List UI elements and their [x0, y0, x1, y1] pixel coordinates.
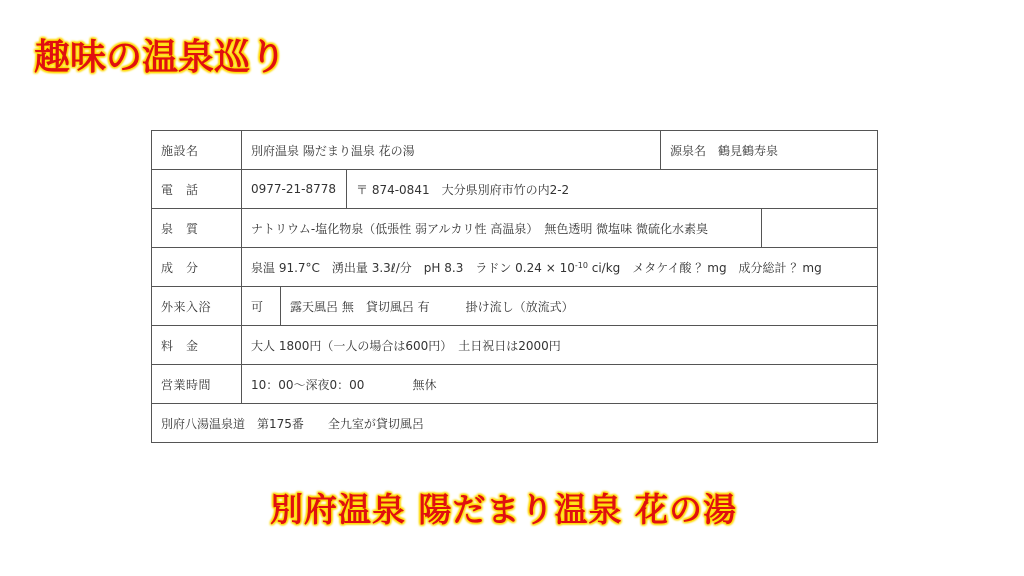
- page-title: 趣味の温泉巡り: [34, 34, 286, 80]
- spring-quality-value: ナトリウム-塩化物泉（低張性 弱アルカリ性 高温泉） 無色透明 微塩味 微硫化水…: [241, 209, 761, 247]
- table-row-components: 成 分 泉温 91.7°C 湧出量 3.3ℓ/分 pH 8.3 ラドン 0.24…: [152, 248, 877, 287]
- facility-name-value: 別府温泉 陽だまり温泉 花の湯: [241, 131, 660, 169]
- components-text-tail: ci/kg メタケイ酸 ？mg 成分総計 ？mg: [588, 259, 822, 276]
- spring-quality-label: 泉 質: [152, 209, 241, 247]
- table-row-day-visitor: 外来入浴 可 露天風呂 無 貸切風呂 有 掛け流し（放流式）: [152, 287, 877, 326]
- table-row-facility-name: 施設名 別府温泉 陽だまり温泉 花の湯 源泉名 鶴見鶴寿泉: [152, 131, 877, 170]
- facility-info-table: 施設名 別府温泉 陽だまり温泉 花の湯 源泉名 鶴見鶴寿泉 電 話 0977-2…: [151, 130, 878, 443]
- facility-name-label: 施設名: [152, 131, 241, 169]
- source-spring-name: 源泉名 鶴見鶴寿泉: [660, 131, 877, 169]
- note-value: 別府八湯温泉道 第175番 全九室が貸切風呂: [152, 404, 877, 442]
- day-visitor-value: 可: [241, 287, 280, 325]
- phone-label: 電 話: [152, 170, 241, 208]
- components-label: 成 分: [152, 248, 241, 286]
- bath-details: 露天風呂 無 貸切風呂 有 掛け流し（放流式）: [280, 287, 877, 325]
- facility-title: 別府温泉 陽だまり温泉 花の湯: [270, 488, 737, 532]
- fee-label: 料 金: [152, 326, 241, 364]
- components-text-main: 泉温 91.7°C 湧出量 3.3ℓ/分 pH 8.3 ラドン 0.24 × 1…: [251, 259, 575, 276]
- table-row-fee: 料 金 大人 1800円（一人の場合は600円） 土日祝日は2000円: [152, 326, 877, 365]
- hours-value: 10：00～深夜0：00 無休: [241, 365, 877, 403]
- phone-value: 0977-21-8778: [241, 170, 346, 208]
- day-visitor-label: 外来入浴: [152, 287, 241, 325]
- hours-label: 営業時間: [152, 365, 241, 403]
- table-row-phone: 電 話 0977-21-8778 〒 874-0841 大分県別府市竹の内2-2: [152, 170, 877, 209]
- fee-value: 大人 1800円（一人の場合は600円） 土日祝日は2000円: [241, 326, 877, 364]
- spring-quality-extra: [761, 209, 877, 247]
- table-row-hours: 営業時間 10：00～深夜0：00 無休: [152, 365, 877, 404]
- table-row-spring-quality: 泉 質 ナトリウム-塩化物泉（低張性 弱アルカリ性 高温泉） 無色透明 微塩味 …: [152, 209, 877, 248]
- address-value: 〒 874-0841 大分県別府市竹の内2-2: [346, 170, 877, 208]
- components-value: 泉温 91.7°C 湧出量 3.3ℓ/分 pH 8.3 ラドン 0.24 × 1…: [241, 248, 877, 286]
- table-row-note: 別府八湯温泉道 第175番 全九室が貸切風呂: [152, 404, 877, 442]
